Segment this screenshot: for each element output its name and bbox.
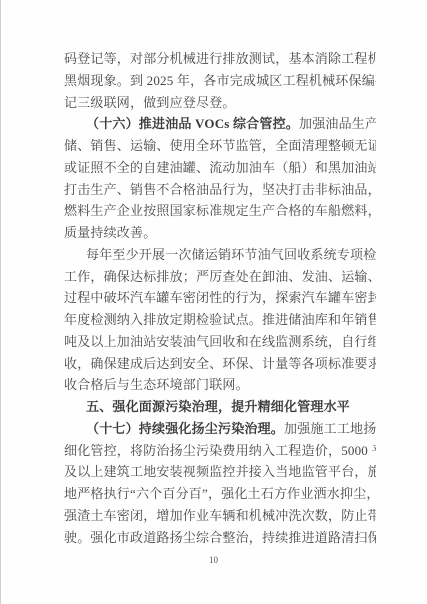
text-line: 记三级联网，做到应登尽登。 [64,92,376,114]
text-segment: 吨及以上加油站安装油气回收和在线监测系统，自行组织验 [64,334,376,349]
text-segment: 及以上建筑工地安装视频监控并接入当地监管平台，施工工 [64,464,376,479]
text-line: 工作，确保达标排放；严厉查处在卸油、发油、运输、停泊 [64,266,376,288]
text-segment: 细化管控，将防治扬尘污染费用纳入工程造价，5000 平方米 [64,443,376,458]
text-line: 质量持续改善。 [64,222,376,244]
text-line: 燃料生产企业按照国家标准规定生产合格的车船燃料，燃油 [64,200,376,222]
text-segment: 打击生产、销售不合格油品行为，坚决打击非标油品，监督 [64,182,376,197]
document-body: 码登记等，对部分机械进行排放测试，基本消除工程机械冒黑烟现象。到 2025 年，… [64,48,376,548]
text-line: 驶。强化市政道路扬尘综合整治，持续推进道路清扫保洁机 [64,527,376,549]
text-segment: 质量持续改善。 [64,225,156,240]
text-segment: 收合格后与生态环境部门联网。 [64,377,249,392]
text-segment: 工作，确保达标排放；严厉查处在卸油、发油、运输、停泊 [64,269,376,284]
text-line: 码登记等，对部分机械进行排放测试，基本消除工程机械冒 [64,48,376,70]
text-line: 强渣土车密闭，增加作业车辆和机械冲洗次数，防止带泥行 [64,505,376,527]
text-line: 年度检测纳入排放定期检验试点。推进储油库和年销售 5000 [64,309,376,331]
text-segment: 年度检测纳入排放定期检验试点。推进储油库和年销售 5000 [64,312,376,327]
text-segment: 收，确保建成后达到安全、环保、计量等各项标准要求，验 [64,356,376,371]
text-segment: 强渣土车密闭，增加作业车辆和机械冲洗次数，防止带泥行 [64,508,376,523]
text-line: （十六）推进油品 VOCs 综合管控。加强油品生产、仓 [64,113,376,135]
text-segment: 加强施工工地扬尘精 [284,421,376,436]
text-segment: 记三级联网，做到应登尽登。 [64,95,236,110]
text-line: 储、销售、运输、使用全环节监管，全面清理整顿无证无照 [64,135,376,157]
text-line: 过程中破坏汽车罐车密闭性的行为，探索汽车罐车密封性能 [64,287,376,309]
text-line: 吨及以上加油站安装油气回收和在线监测系统，自行组织验 [64,331,376,353]
text-segment: 燃料生产企业按照国家标准规定生产合格的车船燃料，燃油 [64,203,376,218]
text-line: 及以上建筑工地安装视频监控并接入当地监管平台，施工工 [64,461,376,483]
text-line: 打击生产、销售不合格油品行为，坚决打击非标油品，监督 [64,179,376,201]
text-line: 每年至少开展一次储运销环节油气回收系统专项检查 [64,244,376,266]
text-segment: 黑烟现象。到 2025 年，各市完成城区工程机械环保编码登 [64,73,376,88]
text-segment-bold: （十六）推进油品 VOCs 综合管控。 [86,116,299,131]
text-segment-bold: （十七）持续强化扬尘污染治理。 [86,421,284,436]
text-line: 收合格后与生态环境部门联网。 [64,374,376,396]
text-segment: 或证照不全的自建油罐、流动加油车（船）和黑加油站点。 [64,160,376,175]
text-line: （十七）持续强化扬尘污染治理。加强施工工地扬尘精 [64,418,376,440]
text-line: 五、强化面源污染治理，提升精细化管理水平 [64,396,376,418]
text-segment: 加强油品生产、仓 [299,116,376,131]
text-segment: 码登记等，对部分机械进行排放测试，基本消除工程机械冒 [64,51,376,66]
text-line: 地严格执行“六个百分百”，强化土石方作业洒水抑尘，加 [64,483,376,505]
text-line: 黑烟现象。到 2025 年，各市完成城区工程机械环保编码登 [64,70,376,92]
text-line: 细化管控，将防治扬尘污染费用纳入工程造价，5000 平方米 [64,440,376,462]
text-segment: 过程中破坏汽车罐车密闭性的行为，探索汽车罐车密封性能 [64,290,376,305]
text-segment: 驶。强化市政道路扬尘综合整治，持续推进道路清扫保洁机 [64,530,376,545]
page-edge-shadow [0,0,1,604]
text-line: 收，确保建成后达到安全、环保、计量等各项标准要求，验 [64,353,376,375]
text-segment: 每年至少开展一次储运销环节油气回收系统专项检查 [86,247,376,262]
text-line: 或证照不全的自建油罐、流动加油车（船）和黑加油站点。 [64,157,376,179]
text-segment: 储、销售、运输、使用全环节监管，全面清理整顿无证无照 [64,138,376,153]
text-segment: 地严格执行“六个百分百”，强化土石方作业洒水抑尘，加 [64,486,376,501]
page-number: 10 [0,555,427,565]
text-segment-bold: 五、强化面源污染治理，提升精细化管理水平 [86,399,350,414]
